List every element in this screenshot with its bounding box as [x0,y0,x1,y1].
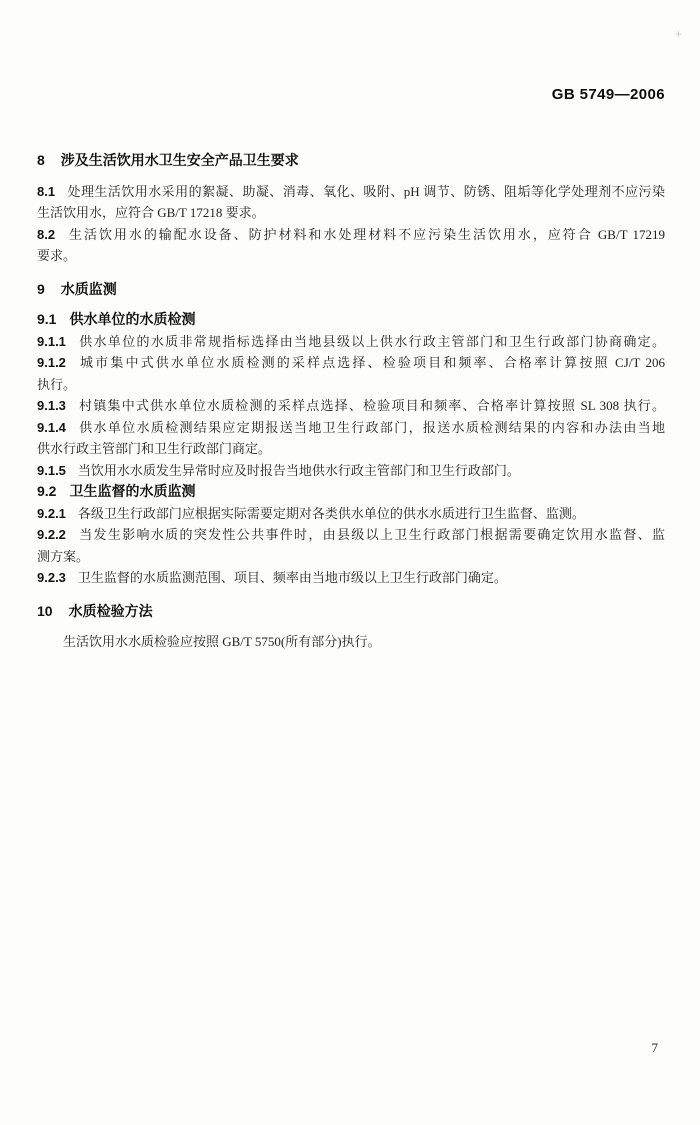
heading-text: 水质检验方法 [69,603,153,619]
section-number: 10 [37,601,69,623]
clause-line: 9.2.2当发生影响水质的突发性公共事件时，由县级以上卫生行政部门根据需要确定饮… [37,524,665,546]
section-number: 9.1 [37,309,69,331]
body-text: 卫生监督的水质监测范围、项目、频率由当地市级以上卫生行政部门确定。 [78,570,507,585]
body-text: 生活饮用水的输配水设备、防护材料和水处理材料不应污染生活饮用水，应符合 GB/T… [67,227,665,242]
clause-line: 9.1.1供水单位的水质非常规指标选择由当地县级以上供水行政主管部门和卫生行政部… [37,331,665,353]
clause-number: 9.1.3 [37,395,78,417]
clause-number: 9.2.3 [37,567,78,589]
section-heading: 9水质监测 [37,279,665,301]
clause-continuation-line: 执行。 [37,374,665,396]
body-text: 供水行政主管部门和卫生行政部门商定。 [37,441,271,456]
body-text: 要求。 [37,248,76,263]
clause-number: 9.1.1 [37,331,78,353]
clause-continuation-line: 生活饮用水，应符合 GB/T 17218 要求。 [37,202,665,224]
heading-text: 卫生监督的水质监测 [69,483,195,499]
body-text: 当饮用水水质发生异常时应及时报告当地供水行政主管部门和卫生行政部门。 [78,463,520,478]
body-text: 生活饮用水，应符合 GB/T 17218 要求。 [37,205,265,220]
body-text: 当发生影响水质的突发性公共事件时，由县级以上卫生行政部门根据需要确定饮用水监督、… [78,527,665,542]
body-text: 村镇集中式供水单位水质检测的采样点选择、检验项目和频率、合格率计算按照 SL 3… [78,398,665,413]
clause-line: 8.1处理生活饮用水采用的絮凝、助凝、消毒、氧化、吸附、pH 调节、防锈、阻垢等… [37,181,665,203]
clause-number: 9.2.1 [37,503,78,525]
clause-line: 9.1.4供水单位水质检测结果应定期报送当地卫生行政部门，报送水质检测结果的内容… [37,417,665,439]
heading-text: 水质监测 [61,281,117,297]
section-number: 8 [37,150,61,172]
body-text: 生活饮用水水质检验应按照 GB/T 5750(所有部分)执行。 [63,634,381,649]
standard-number-header: GB 5749—2006 [552,85,665,104]
subsection-heading: 9.1供水单位的水质检测 [37,309,665,331]
body-text: 处理生活饮用水采用的絮凝、助凝、消毒、氧化、吸附、pH 调节、防锈、阻垢等化学处… [67,184,665,199]
page-number: 7 [652,1040,659,1056]
section-heading: 8涉及生活饮用水卫生安全产品卫生要求 [37,150,665,172]
clause-line: 9.2.3卫生监督的水质监测范围、项目、频率由当地市级以上卫生行政部门确定。 [37,567,665,589]
clause-number: 9.1.5 [37,460,78,482]
clause-number: 9.1.4 [37,417,78,439]
body-paragraph: 生活饮用水水质检验应按照 GB/T 5750(所有部分)执行。 [37,631,665,653]
clause-line: 8.2生活饮用水的输配水设备、防护材料和水处理材料不应污染生活饮用水，应符合 G… [37,224,665,246]
clause-number: 8.1 [37,181,67,203]
clause-number: 9.1.2 [37,352,78,374]
body-text: 供水单位水质检测结果应定期报送当地卫生行政部门，报送水质检测结果的内容和办法由当… [78,420,665,435]
scan-artifact-cross: + [675,27,682,41]
body-text: 各级卫生行政部门应根据实际需要定期对各类供水单位的供水水质进行卫生监督、监测。 [78,506,585,521]
clause-number: 9.2.2 [37,524,78,546]
clause-line: 9.1.5当饮用水水质发生异常时应及时报告当地供水行政主管部门和卫生行政部门。 [37,460,665,482]
body-text: 测方案。 [37,549,89,564]
clause-number: 8.2 [37,224,67,246]
document-page: GB 5749—2006 + 8涉及生活饮用水卫生安全产品卫生要求8.1处理生活… [0,0,700,1125]
body-text: 执行。 [37,377,76,392]
subsection-heading: 9.2卫生监督的水质监测 [37,481,665,503]
clause-line: 9.1.3村镇集中式供水单位水质检测的采样点选择、检验项目和频率、合格率计算按照… [37,395,665,417]
clause-continuation-line: 要求。 [37,245,665,267]
section-number: 9.2 [37,481,69,503]
clause-line: 9.1.2城市集中式供水单位水质检测的采样点选择、检验项目和频率、合格率计算按照… [37,352,665,374]
body-text: 城市集中式供水单位水质检测的采样点选择、检验项目和频率、合格率计算按照 CJ/T… [78,355,665,370]
heading-text: 涉及生活饮用水卫生安全产品卫生要求 [61,152,299,168]
document-content: 8涉及生活饮用水卫生安全产品卫生要求8.1处理生活饮用水采用的絮凝、助凝、消毒、… [37,121,665,653]
clause-line: 9.2.1各级卫生行政部门应根据实际需要定期对各类供水单位的供水水质进行卫生监督… [37,503,665,525]
clause-continuation-line: 供水行政主管部门和卫生行政部门商定。 [37,438,665,460]
section-heading: 10水质检验方法 [37,601,665,623]
section-number: 9 [37,279,61,301]
clause-continuation-line: 测方案。 [37,546,665,568]
body-text: 供水单位的水质非常规指标选择由当地县级以上供水行政主管部门和卫生行政部门协商确定… [78,334,665,349]
heading-text: 供水单位的水质检测 [69,311,195,327]
document-blocks: 8涉及生活饮用水卫生安全产品卫生要求8.1处理生活饮用水采用的絮凝、助凝、消毒、… [37,121,665,653]
